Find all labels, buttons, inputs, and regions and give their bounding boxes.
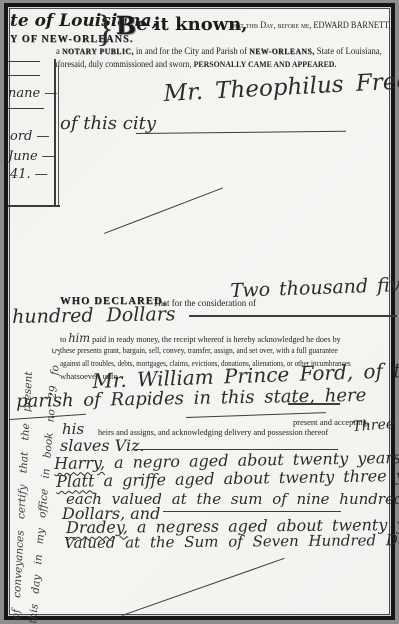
header-line2-city: NEW-ORLEANS, <box>249 47 314 56</box>
margin-vertical-rule <box>54 59 56 207</box>
hw-three: Three <box>352 416 395 435</box>
paragraph-line-1: to him paid in ready money, the receipt … <box>60 331 341 345</box>
slave-1-name: Harry, <box>54 453 105 473</box>
header-brace: } <box>96 7 114 51</box>
paragraph-line-1-rest: paid in ready money, the receipt whereof… <box>90 334 341 344</box>
document-page: te of Louisiana, Y OF NEW-ORLEANS. } B e… <box>4 3 395 620</box>
hw-him: him <box>68 331 90 345</box>
of-this-city: of this city <box>60 113 156 134</box>
drop-cap-initial: B <box>116 11 136 40</box>
scanned-notarial-act: te of Louisiana, Y OF NEW-ORLEANS. } B e… <box>0 0 399 624</box>
flourish-line-bottom <box>122 558 285 616</box>
margin-index-2: ord — <box>10 129 50 144</box>
margin-index-4: 41. — <box>10 167 48 182</box>
margin-close-line <box>8 205 60 207</box>
margin-index-1: nane — <box>8 86 57 101</box>
city-line: Y OF NEW-ORLEANS. <box>10 34 133 45</box>
valuation-line-2: Valued at the Sum of Seven Hundred Dolla… <box>64 531 399 552</box>
word-to: to <box>60 334 68 344</box>
header-line2-notary: NOTARY PUBLIC, <box>62 47 134 56</box>
flourish-line-mid <box>104 187 223 233</box>
margin-tick-3 <box>8 108 44 109</box>
margin-index-3: June — <box>8 149 55 164</box>
buyer-name-line-2: parish of Rapides in this state, here <box>16 385 366 412</box>
margin-tick-2 <box>8 75 40 76</box>
consideration-amount-1: Two thousand five. <box>230 273 399 302</box>
fill-line-city <box>136 131 346 134</box>
consideration-amount-2: hundred Dollars <box>12 303 176 328</box>
margin-tick-1 <box>8 61 40 62</box>
appearer-name: Mr. Theophilus Freeman <box>163 65 399 107</box>
fill-line-dollars <box>189 315 397 317</box>
paragraph-line-2: these presents grant, bargain, sell, con… <box>60 345 338 355</box>
header-line3-a: aforesaid, duly commissioned and sworn, <box>54 59 194 69</box>
header-line1-rest: That this Day, before me, EDWARD BARNETT… <box>228 20 391 30</box>
header-line3-b: PERSONALLY CAME AND APPEARED. <box>194 59 337 69</box>
margin-vertical-rule-2 <box>58 65 59 207</box>
header-line2: a NOTARY PUBLIC, in and for the City and… <box>56 46 382 56</box>
fill-line-and <box>163 511 341 512</box>
slave-2-name: Platt <box>56 471 95 491</box>
header-line3: aforesaid, duly commissioned and sworn, … <box>54 59 336 69</box>
dash-after-here <box>288 403 340 405</box>
header-line2-c: State of Louisiana, <box>315 46 382 56</box>
header-line2-b: in and for the City and Parish of <box>134 46 249 56</box>
